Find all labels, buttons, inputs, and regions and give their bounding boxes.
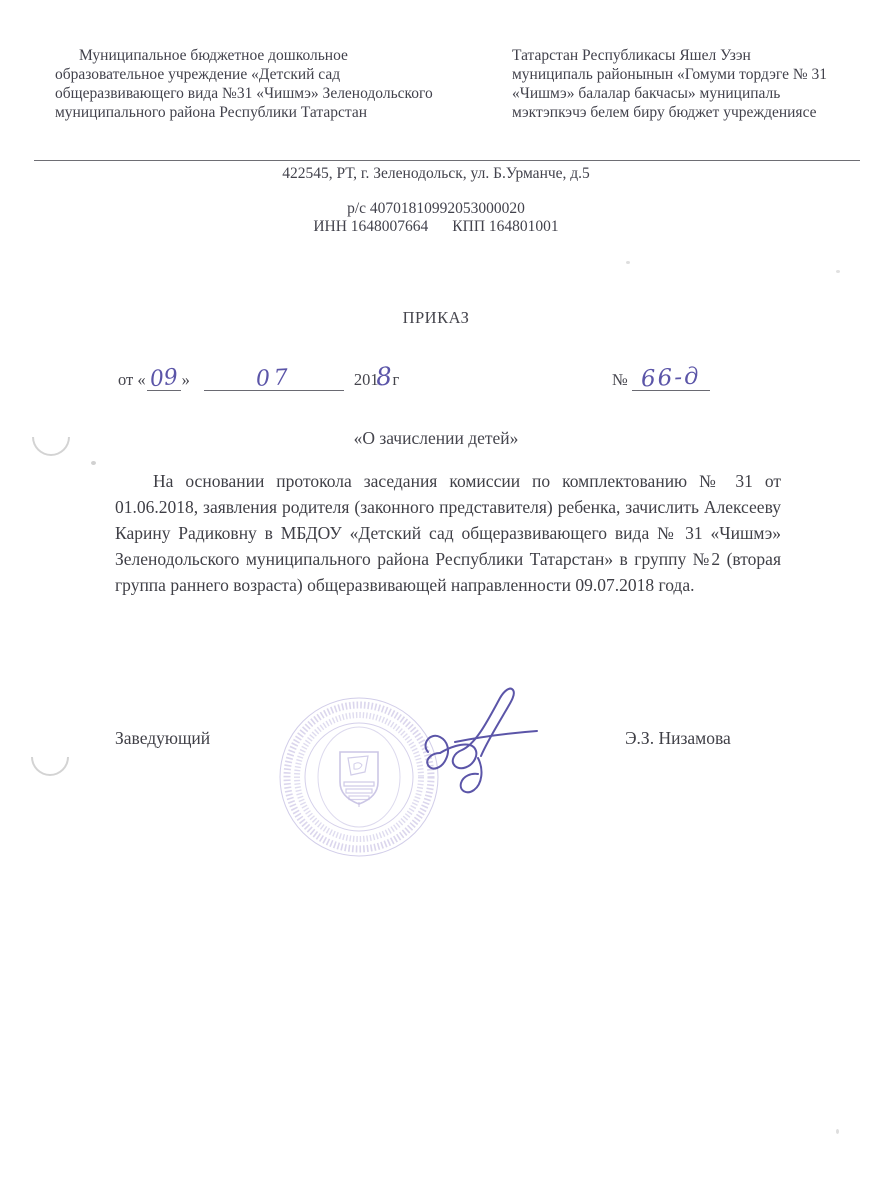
signatory-name: Э.З. Низамова (625, 728, 731, 749)
punch-hole-mark (32, 437, 70, 456)
punch-hole-mark (31, 757, 69, 776)
scan-speck (626, 261, 630, 264)
handwritten-month: 07 (256, 372, 293, 386)
header-divider (34, 160, 860, 161)
handwritten-day: 09 (149, 372, 178, 387)
number-label: № (612, 370, 628, 389)
order-subject: «О зачислении детей» (0, 428, 872, 449)
kpp-value: КПП 164801001 (452, 218, 558, 235)
order-date: от «09»072018г (118, 370, 399, 391)
order-title: ПРИКАЗ (0, 308, 872, 328)
handwritten-signature (420, 680, 550, 805)
date-year-suffix: г (393, 370, 400, 389)
scan-speck (836, 270, 840, 273)
date-month-blank: 07 (204, 370, 344, 391)
letterhead: Муниципальное бюджетное дошкольное образ… (55, 46, 832, 122)
handwritten-year-digit: 8 (375, 371, 392, 382)
scan-speck (91, 461, 96, 465)
number-blank: 66-д (632, 370, 710, 391)
date-day-blank: 09 (147, 370, 181, 391)
org-name-tatar: Татарстан Республикасы Яшел Узэн муницип… (512, 46, 832, 122)
scan-speck (836, 1129, 839, 1134)
date-prefix: от « (118, 370, 146, 389)
handwritten-number: 66-д (641, 370, 701, 385)
date-number-line: от «09»072018г №66-д (118, 362, 780, 402)
inn-kpp-line: ИНН 1648007664КПП 164801001 (0, 218, 872, 236)
org-name-russian: Муниципальное бюджетное дошкольное образ… (55, 46, 455, 122)
round-seal-stamp (276, 694, 442, 860)
inn-value: ИНН 1648007664 (313, 218, 428, 235)
date-quote-close: » (182, 370, 190, 389)
order-number: №66-д (612, 370, 710, 391)
org-address: 422545, РТ, г. Зеленодольск, ул. Б.Урман… (0, 165, 872, 183)
order-body-text: На основании протокола заседания комисси… (115, 468, 781, 598)
bank-account: р/с 40701810992053000020 (0, 200, 872, 218)
signatory-role: Заведующий (115, 728, 210, 749)
scanned-order-document: Муниципальное бюджетное дошкольное образ… (0, 0, 872, 1200)
